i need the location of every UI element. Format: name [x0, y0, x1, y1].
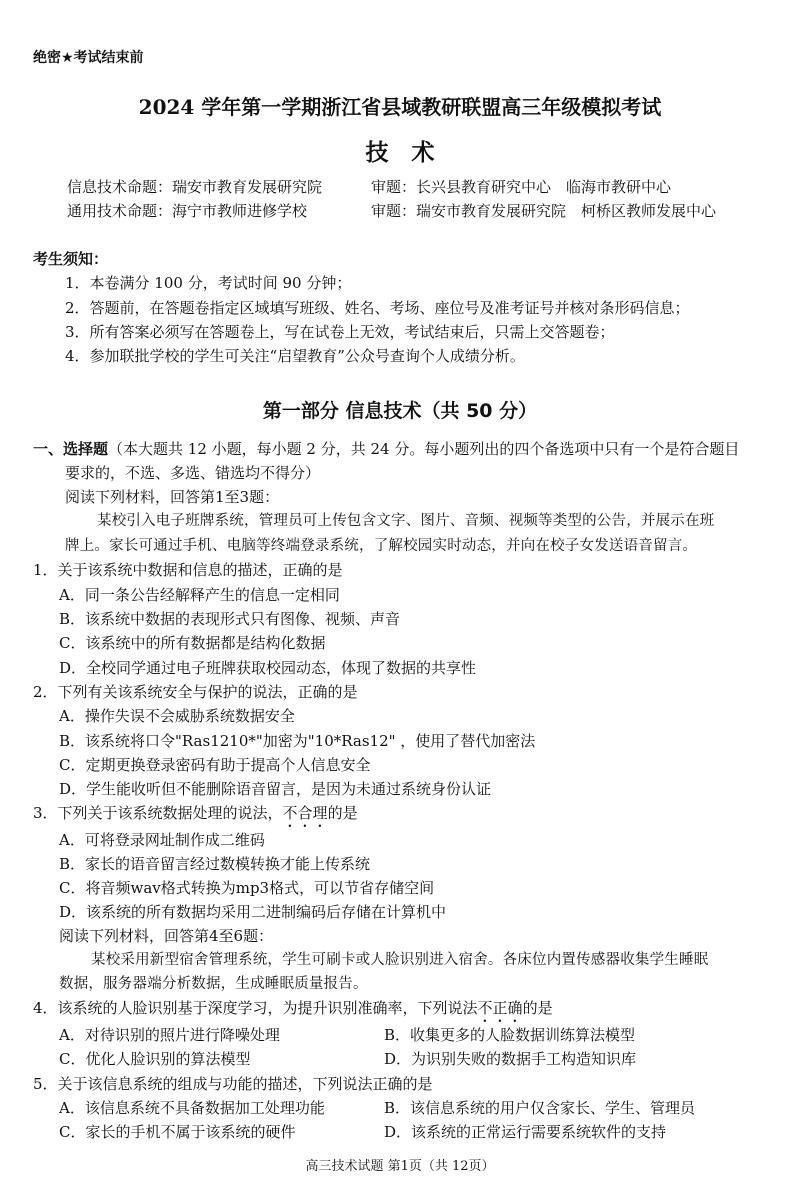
question-stem: 4．该系统的人脸识别基于深度学习，为提升识别准确率，下列说法不正确的是: [33, 998, 553, 1026]
credit-general-review: 审题：瑞安市教育发展研究院 柯桥区教师发展中心: [371, 201, 716, 221]
option-a: A．对待识别的照片进行降噪处理: [59, 1025, 280, 1045]
material-text: 数据，服务器端分析数据，生成睡眠质量报告。: [59, 974, 368, 994]
question-stem: 3．下列关于该系统数据处理的说法，不合理的是: [33, 803, 358, 831]
emphasized-keyword: 不正确: [478, 999, 523, 1017]
option-b: B．家长的语音留言经过数模转换才能上传系统: [59, 854, 370, 874]
page-footer: 高三技术试题 第1页（共 12页）: [0, 1157, 800, 1177]
question-stem: 2．下列有关该系统安全与保护的说法，正确的是: [33, 682, 358, 702]
option-c: C．优化人脸识别的算法模型: [59, 1049, 250, 1069]
option-c: C．定期更换登录密码有助于提高个人信息安全: [59, 755, 370, 775]
emphasized-keyword: 不合理: [283, 804, 328, 822]
section-description: （本大题共 12 小题，每小题 2 分，共 24 分。每小题列出的四个备选项中只…: [108, 440, 739, 458]
option-a: A．可将登录网址制作成二维码: [59, 830, 265, 850]
option-b: B．该系统中数据的表现形式只有图像、视频、声音: [59, 609, 400, 629]
question-stem-text: 的是: [523, 999, 553, 1017]
option-c: C．该系统中的所有数据都是结构化数据: [59, 633, 325, 653]
section-label: 一、选择题: [33, 440, 108, 458]
question-stem-text: 的是: [328, 804, 358, 822]
confidential-label: 绝密★考试结束前: [33, 48, 144, 68]
option-d: D．全校同学通过电子班牌获取校园动态，体现了数据的共享性: [59, 658, 476, 678]
subject-title: 技 术: [0, 139, 800, 167]
notice-item: 3．所有答案必须写在答题卷上，写在试卷上无效，考试结束后，只需上交答题卷；: [65, 322, 615, 342]
option-d: D．为识别失败的数据手工构造知识库: [384, 1049, 636, 1069]
option-b: B．收集更多的人脸数据训练算法模型: [384, 1025, 635, 1045]
section-heading: 一、选择题（本大题共 12 小题，每小题 2 分，共 24 分。每小题列出的四个…: [33, 439, 739, 459]
option-a: A．操作失误不会威胁系统数据安全: [59, 706, 295, 726]
question-stem: 5．关于该信息系统的组成与功能的描述，下列说法正确的是: [33, 1074, 433, 1094]
section-description-cont: 要求的，不选、多选、错选均不得分）: [65, 463, 320, 483]
option-a: A．该信息系统不具备数据加工处理功能: [59, 1098, 325, 1118]
material-text: 牌上。家长可通过手机、电脑等终端登录系统，了解校园实时动态，并向在校子女发送语音…: [65, 536, 697, 556]
credit-info-author: 信息技术命题：瑞安市教育发展研究院: [67, 177, 322, 197]
option-b: B．该信息系统的用户仅含家长、学生、管理员: [384, 1098, 695, 1118]
question-stem-text: 4．该系统的人脸识别基于深度学习，为提升识别准确率，下列说法: [33, 999, 478, 1017]
material-text: 某校引入电子班牌系统，管理员可上传包含文字、图片、音频、视频等类型的公告，并展示…: [97, 511, 714, 531]
credit-info-review: 审题：长兴县教育研究中心 临海市教研中心: [371, 177, 671, 197]
option-c: C．将音频wav格式转换为mp3格式，可以节省存储空间: [59, 878, 434, 898]
credit-general-author: 通用技术命题：海宁市教师进修学校: [67, 201, 307, 221]
option-c: C．家长的手机不属于该系统的硬件: [59, 1122, 295, 1142]
exam-title: 2024 学年第一学期浙江省县域教研联盟高三年级模拟考试: [0, 94, 800, 120]
question-stem: 1．关于该系统中数据和信息的描述，正确的是: [33, 560, 343, 580]
notice-item: 2．答题前，在答题卷指定区域填写班级、姓名、考场、座位号及准考证号并核对条形码信…: [65, 298, 690, 318]
option-b: B．该系统将口令"Ras1210*"加密为"10*Ras12" ，使用了替代加密…: [59, 731, 535, 751]
material-intro: 阅读下列材料，回答第1至3题：: [65, 487, 279, 507]
question-stem-text: 3．下列关于该系统数据处理的说法，: [33, 804, 283, 822]
option-d: D．学生能收听但不能删除语音留言，是因为未通过系统身份认证: [59, 779, 491, 799]
material-intro: 阅读下列材料，回答第4至6题：: [59, 926, 273, 946]
material-text: 某校采用新型宿舍管理系统，学生可刷卡或人脸识别进入宿舍。各床位内置传感器收集学生…: [91, 950, 708, 970]
option-d: D．该系统的正常运行需要系统软件的支持: [384, 1122, 666, 1142]
notice-item: 4．参加联批学校的学生可关注“启望教育”公众号查询个人成绩分析。: [65, 346, 525, 366]
option-d: D．该系统的所有数据均采用二进制编码后存储在计算机中: [59, 902, 446, 922]
option-a: A．同一条公告经解释产生的信息一定相同: [59, 585, 340, 605]
part-title: 第一部分 信息技术（共 50 分）: [0, 399, 800, 423]
notice-item: 1．本卷满分 100 分，考试时间 90 分钟；: [65, 273, 351, 293]
notice-title: 考生须知：: [33, 249, 108, 269]
